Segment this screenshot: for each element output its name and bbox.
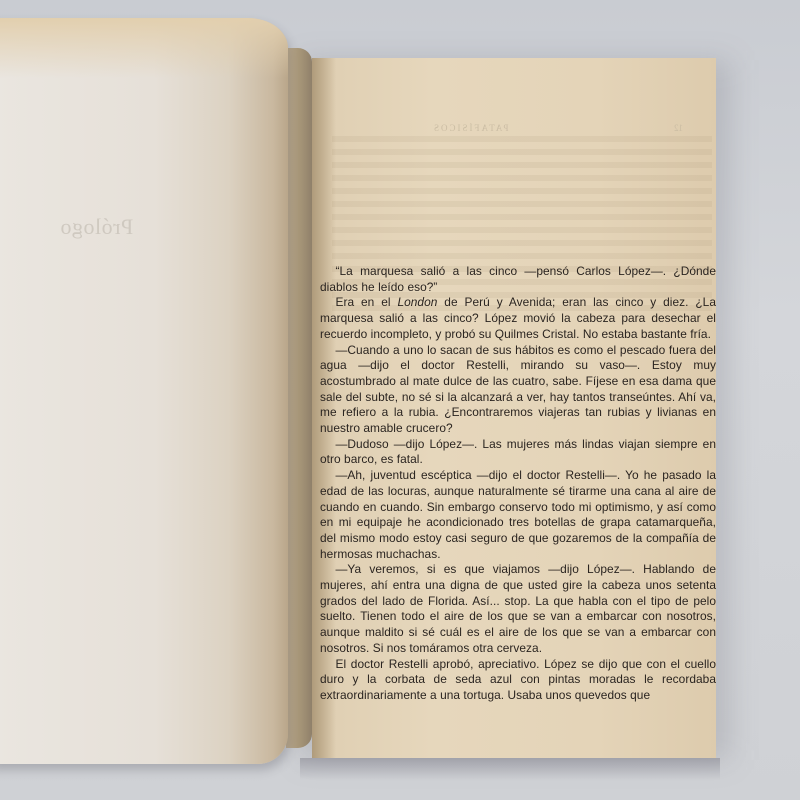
paragraph: —Dudoso —dijo López—. Las mujeres más li…	[320, 437, 716, 468]
paragraph: —Cuando a uno lo sacan de sus hábitos es…	[320, 343, 716, 437]
paragraph: —Ya veremos, si es que viajamos —dijo Ló…	[320, 562, 716, 656]
page-bottom-shadow	[300, 758, 720, 780]
photo-scene: PATAFÍSICOS 12 “La marquesa salió a las …	[0, 0, 800, 800]
bleed-through-title: Prólogo	[60, 214, 133, 240]
body-text: “La marquesa salió a las cinco —pensó Ca…	[320, 264, 716, 704]
bleed-through-page-number: 12	[674, 123, 683, 133]
bleed-through-running-header: PATAFÍSICOS	[432, 123, 508, 133]
left-page-curl-edge	[286, 48, 312, 748]
paragraph: —Ah, juventud escéptica —dijo el doctor …	[320, 468, 716, 562]
paragraph: Era en el London de Perú y Avenida; eran…	[320, 295, 716, 342]
left-page: Prólogo	[0, 18, 288, 764]
paragraph-text: Era en el	[335, 295, 397, 309]
paragraph: El doctor Restelli aprobó, apreciativo. …	[320, 657, 716, 704]
right-page: PATAFÍSICOS 12 “La marquesa salió a las …	[312, 58, 716, 758]
italic-place-name: London	[397, 295, 437, 309]
paragraph: “La marquesa salió a las cinco —pensó Ca…	[320, 264, 716, 295]
